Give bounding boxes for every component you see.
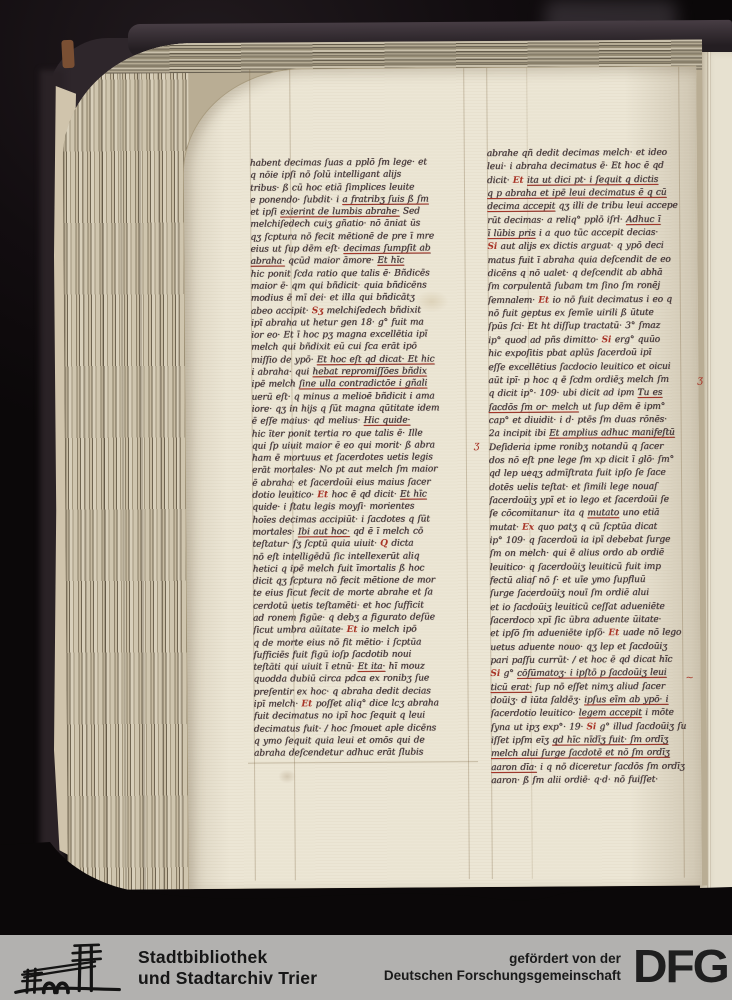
library-name-line1: Stadtbibliothek xyxy=(138,947,317,968)
rubric-margin-mark: ~ xyxy=(685,673,693,684)
manuscript-photo: habent decimas ſuas a pplō ſm lege· etq … xyxy=(0,0,732,935)
library-name: Stadtbibliothek und Stadtarchiv Trier xyxy=(138,947,317,989)
page-fold-crease xyxy=(707,52,711,895)
manuscript-page: habent decimas ſuas a pplō ſm lege· etq … xyxy=(182,66,702,890)
funding-credit: gefördert von der Deutschen Forschungsge… xyxy=(384,951,621,984)
page-bottom-edge-shadow xyxy=(0,830,732,935)
text-column-right: abrahe qñ dedit decimas melch· et ideole… xyxy=(487,147,689,789)
parchment-stain xyxy=(278,769,296,783)
footer-bar: Stadtbibliothek und Stadtarchiv Trier ge… xyxy=(0,935,732,1000)
rubric-margin-mark: ʒ xyxy=(697,375,703,386)
funding-line2: Deutschen Forschungsgemeinschaft xyxy=(384,968,621,985)
dfg-logo: DFG xyxy=(633,939,728,993)
library-name-line2: und Stadtarchiv Trier xyxy=(138,968,317,989)
rubric-margin-mark: ʒ xyxy=(474,440,480,451)
trier-bridge-logo-icon xyxy=(12,942,124,998)
funding-line1: gefördert von der xyxy=(384,951,621,968)
book-block: habent decimas ſuas a pplō ſm lege· etq … xyxy=(62,40,708,890)
text-column-left: habent decimas ſuas a pplō ſm lege· etq … xyxy=(250,156,466,760)
page-stack-fore-edge xyxy=(62,43,194,890)
ruling-line-horizontal xyxy=(248,761,478,764)
